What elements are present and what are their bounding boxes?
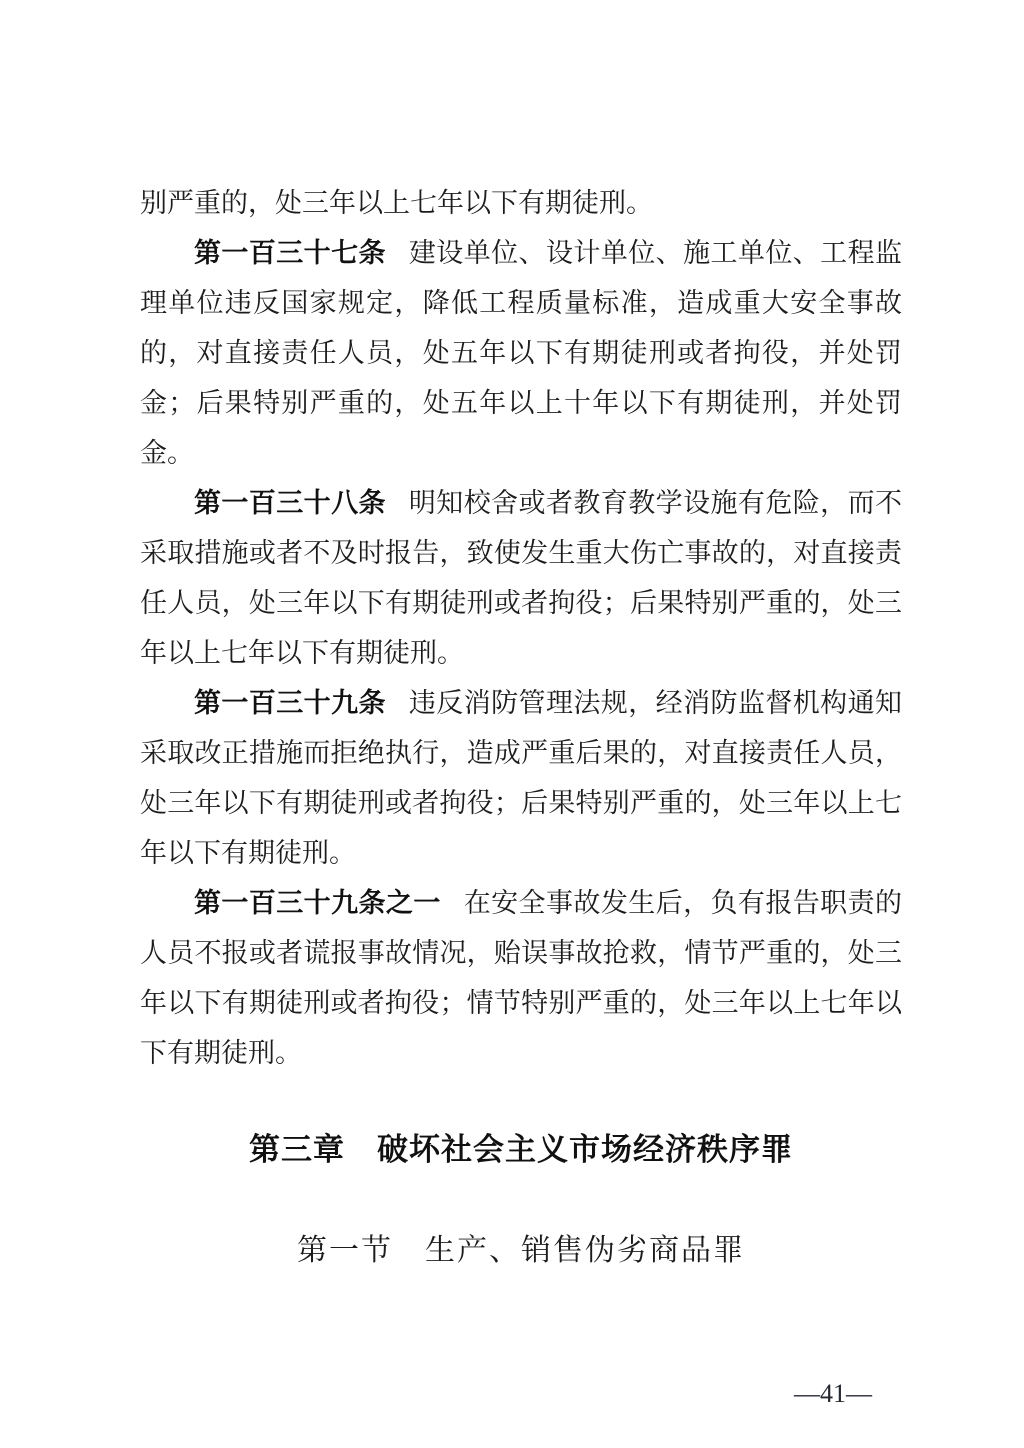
page-number: —41— [794,1378,872,1410]
article-137-text: 建设单位、设计单位、施工单位、工程监理单位违反国家规定，降低工程质量标准，造成重… [140,238,902,468]
article-139-number: 第一百三十九条 [194,688,386,718]
continuation-paragraph: 别严重的，处三年以上七年以下有期徒刑。 [140,178,902,228]
article-138-number: 第一百三十八条 [194,488,386,518]
article-139-paragraph: 第一百三十九条违反消防管理法规，经消防监督机构通知采取改正措施而拒绝执行，造成严… [140,678,902,878]
article-137-paragraph: 第一百三十七条建设单位、设计单位、施工单位、工程监理单位违反国家规定，降低工程质… [140,228,902,478]
article-137-number: 第一百三十七条 [194,238,386,268]
document-page: 别严重的，处三年以上七年以下有期徒刑。 第一百三十七条建设单位、设计单位、施工单… [0,0,1024,1448]
article-138-paragraph: 第一百三十八条明知校舍或者教育教学设施有危险，而不采取措施或者不及时报告，致使发… [140,478,902,678]
section-heading: 第一节 生产、销售伪劣商品罪 [140,1228,902,1274]
text-block: 别严重的，处三年以上七年以下有期徒刑。 第一百三十七条建设单位、设计单位、施工单… [140,178,902,1274]
chapter-heading: 第三章 破坏社会主义市场经济秩序罪 [140,1128,902,1172]
article-139-1-number: 第一百三十九条之一 [194,888,441,918]
article-139-1-paragraph: 第一百三十九条之一在安全事故发生后，负有报告职责的人员不报或者谎报事故情况，贻误… [140,878,902,1078]
